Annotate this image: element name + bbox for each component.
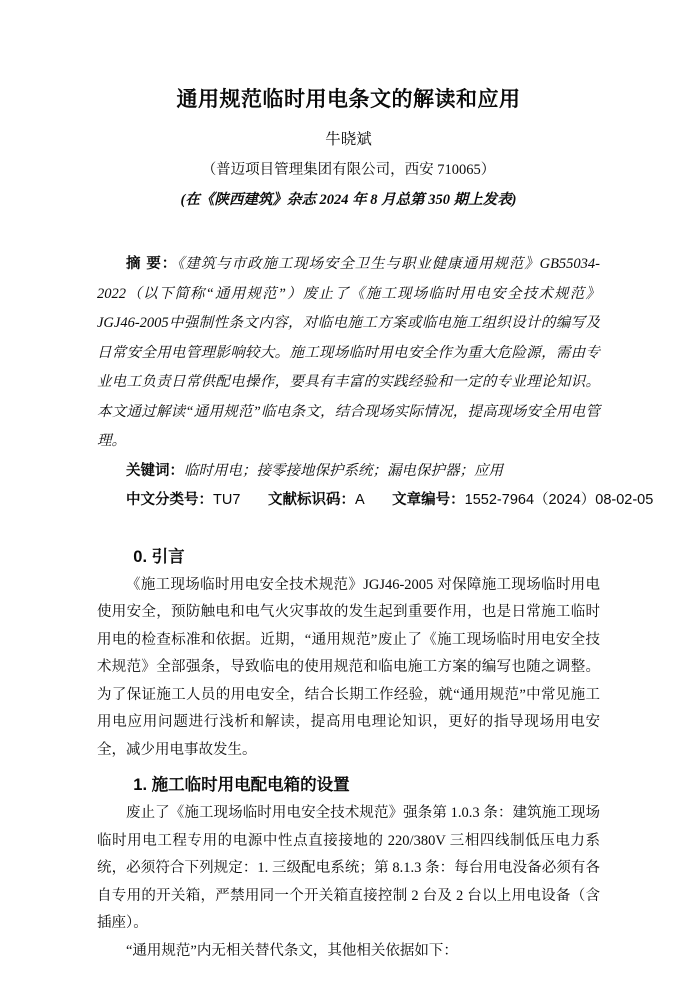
section-0-paragraph: 《施工现场临时用电安全技术规范》JGJ46-2005 对保障施工现场临时用电使用… — [97, 572, 600, 765]
doc-code-label: 文献标识码： — [268, 492, 355, 508]
keywords-text: 临时用电；接零接地保护系统；漏电保护器；应用 — [184, 463, 503, 479]
article-id-label: 文章编号： — [392, 492, 465, 508]
clc-group: 中文分类号：TU7 — [126, 492, 240, 508]
article-id-group: 文章编号：1552-7964（2024）08-02-05 — [392, 492, 653, 508]
article-id-value: 1552-7964（2024）08-02-05 — [465, 492, 654, 508]
page-content: 通用规范临时用电条文的解读和应用 牛晓斌 （普迈项目管理集团有限公司，西安 71… — [0, 86, 700, 965]
abstract-label: 摘 要： — [126, 256, 177, 272]
doc-code-value: A — [355, 492, 365, 508]
clc-value: TU7 — [213, 492, 240, 508]
author-name: 牛晓斌 — [97, 130, 600, 150]
section-0-heading: 0. 引言 — [97, 542, 600, 572]
publication-note: (在《陕西建筑》杂志 2024 年 8 月总第 350 期上发表) — [97, 190, 600, 210]
keywords-label: 关键词： — [126, 463, 184, 479]
author-affiliation: （普迈项目管理集团有限公司，西安 710065） — [97, 160, 600, 180]
clc-label: 中文分类号： — [126, 492, 213, 508]
classification-line: 中文分类号：TU7文献标识码：A文章编号：1552-7964（2024）08-0… — [97, 486, 600, 516]
doc-code-group: 文献标识码：A — [268, 492, 365, 508]
section-1-paragraph-2: “通用规范”内无相关替代条文，其他相关依据如下： — [97, 938, 600, 966]
paper-title: 通用规范临时用电条文的解读和应用 — [97, 86, 600, 113]
section-1-paragraph-1: 废止了《施工现场临时用电安全技术规范》强条第 1.0.3 条：建筑施工现场临时用… — [97, 800, 600, 938]
document-page: 通用规范临时用电条文的解读和应用 牛晓斌 （普迈项目管理集团有限公司，西安 71… — [0, 0, 700, 989]
abstract-block: 摘 要：《建筑与市政施工现场安全卫生与职业健康通用规范》GB55034-2022… — [97, 250, 600, 457]
abstract-text: 《建筑与市政施工现场安全卫生与职业健康通用规范》GB55034-2022（以下简… — [97, 256, 600, 449]
keywords-line: 关键词：临时用电；接零接地保护系统；漏电保护器；应用 — [97, 457, 600, 487]
section-1-heading: 1. 施工临时用电配电箱的设置 — [97, 770, 600, 800]
